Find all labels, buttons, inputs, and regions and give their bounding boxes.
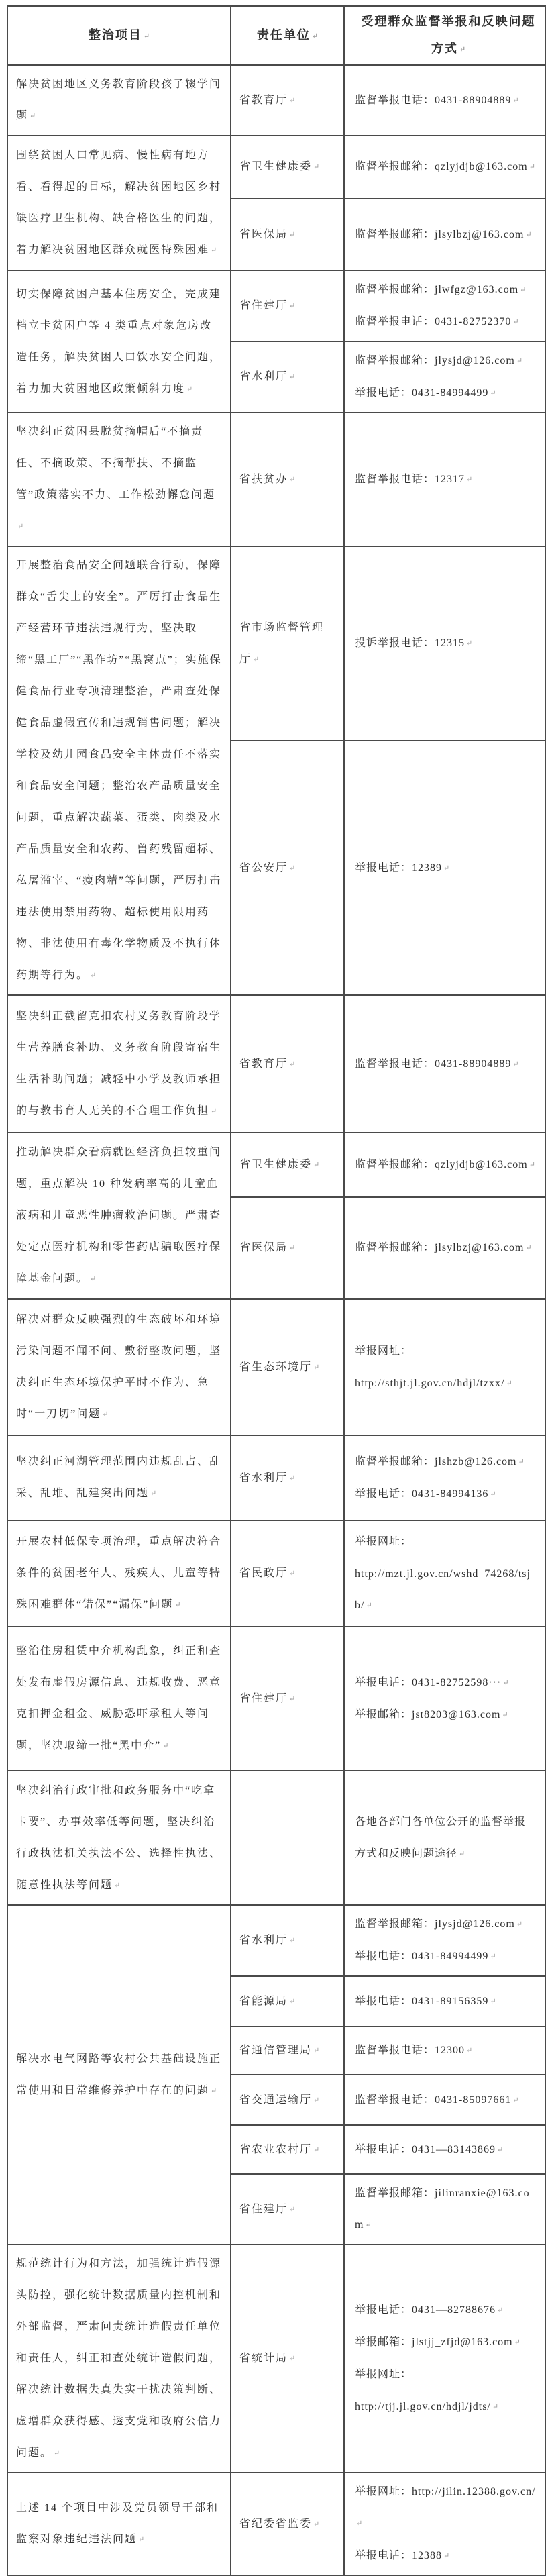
contact-line: 举报电话：0431-84994499	[355, 377, 537, 409]
contact-cell: 举报电话：0431-82752598···举报邮箱：jst8203@163.co…	[344, 1627, 545, 1771]
contact-line: 举报电话：0431-84994136	[355, 1478, 537, 1510]
unit-cell: 省市场监督管理厅	[231, 546, 344, 741]
document-page: 整治项目 责任单位 受理群众监督举报和反映问题方式 解决贫困地区义务教育阶段孩子…	[0, 5, 550, 2576]
unit-name: 省水利厅	[239, 1924, 335, 1957]
unit-cell: 省扶贫办	[231, 413, 344, 546]
project-text: 解决贫困地区义务教育阶段孩子辍学问题	[16, 68, 222, 132]
unit-cell: 省能源局	[231, 1976, 344, 2026]
unit-name: 省通信管理局	[239, 2034, 335, 2067]
project-cell: 围绕贫困人口常见病、慢性病有地方看、看得起的目标，解决贫困地区乡村缺医疗卫生机构…	[7, 136, 231, 270]
unit-cell: 省教育厅	[231, 65, 344, 136]
project-text: 坚决纠正贫困县脱贫摘帽后“不摘责任、不摘政策、不摘帮扶、不摘监管”政策落实不力、…	[16, 416, 222, 543]
contact-line: 监督举报邮箱：jlsylbzj@163.com	[355, 219, 537, 251]
project-text: 解决对群众反映强烈的生态破坏和环境污染问题不闻不问、敷衍整改问题，坚决纠正生态环…	[16, 1304, 222, 1431]
contact-cell: 监督举报邮箱：qzlyjdjb@163.com	[344, 136, 545, 199]
contact-line: 监督举报电话：0431-82752370	[355, 306, 537, 338]
contact-line: 举报邮箱：jlstjj_zfjd@163.com	[355, 2326, 537, 2359]
table-row: 解决对群众反映强烈的生态破坏和环境污染问题不闻不问、敷衍整改问题，坚决纠正生态环…	[7, 1299, 545, 1435]
unit-name: 省水利厅	[239, 361, 335, 393]
contact-cell: 监督举报邮箱：jlwfgz@163.com监督举报电话：0431-8275237…	[344, 270, 545, 342]
contact-line: 监督举报电话：0431-88904889	[355, 85, 537, 117]
project-cell: 坚决纠正截留克扣农村义务教育阶段学生营养膳食补助、义务教育阶段寄宿生生活补助问题…	[7, 995, 231, 1133]
unit-cell: 省教育厅	[231, 995, 344, 1133]
unit-name: 省医保局	[239, 219, 335, 251]
contact-line: 监督举报邮箱：jlysjd@126.com	[355, 1908, 537, 1941]
unit-name: 省民政厅	[239, 1557, 335, 1590]
contact-line: 监督举报邮箱：qzlyjdjb@163.com	[355, 1149, 537, 1181]
contact-line: 举报电话：12388	[355, 2540, 537, 2572]
contact-line: 举报网址：	[355, 1526, 537, 1558]
contact-line: http://mzt.jl.gov.cn/wshd_74268/tsjb/	[355, 1558, 537, 1622]
unit-cell: 省水利厅	[231, 342, 344, 413]
unit-cell: 省医保局	[231, 1197, 344, 1299]
table-row: 规范统计行为和方法，加强统计造假源头防控，强化统计数据质量内控机制和外部监督，严…	[7, 2245, 545, 2473]
contact-cell: 监督举报邮箱：jlsylbzj@163.com	[344, 1197, 545, 1299]
contact-line: 监督举报电话：12317	[355, 464, 537, 496]
header-unit-label: 责任单位	[257, 28, 318, 42]
table-row: 解决贫困地区义务教育阶段孩子辍学问题省教育厅监督举报电话：0431-889048…	[7, 65, 545, 136]
unit-name: 省公安厅	[239, 852, 335, 884]
unit-cell: 省统计局	[231, 2245, 344, 2473]
table-row: 切实保障贫困户基本住房安全，完成建档立卡贫困户等 4 类重点对象危房改造任务，解…	[7, 270, 545, 342]
contact-line: 举报邮箱：jst8203@163.com	[355, 1699, 537, 1731]
contact-cell: 举报网址：http://sthjt.jl.gov.cn/hdjl/tzxx/	[344, 1299, 545, 1435]
contact-line: 举报电话：0431-89156359	[355, 1986, 537, 2018]
contact-cell: 各地各部门各单位公开的监督举报方式和反映问题途径	[344, 1771, 545, 1905]
contact-line: 监督举报邮箱：jlwfgz@163.com	[355, 274, 537, 306]
unit-cell: 省水利厅	[231, 1435, 344, 1521]
project-cell: 推动解决群众看病就医经济负担较重问题，重点解决 10 种发病率高的儿童血液病和儿…	[7, 1133, 231, 1299]
table-row: 上述 14 个项目中涉及党员领导干部和监察对象违纪违法问题省纪委省监委举报网址：…	[7, 2473, 545, 2575]
unit-cell: 省住建厅	[231, 270, 344, 342]
unit-name: 省教育厅	[239, 85, 335, 117]
contact-cell: 监督举报电话：0431-88904889	[344, 65, 545, 136]
project-cell: 坚决纠正贫困县脱贫摘帽后“不摘责任、不摘政策、不摘帮扶、不摘监管”政策落实不力、…	[7, 413, 231, 546]
contact-cell: 监督举报电话：0431-85097661	[344, 2075, 545, 2125]
project-text: 切实保障贫困户基本住房安全，完成建档立卡贫困户等 4 类重点对象危房改造任务，解…	[16, 278, 222, 405]
header-unit: 责任单位	[231, 6, 344, 65]
contact-line: 监督举报邮箱：jlsylbzj@163.com	[355, 1232, 537, 1264]
contact-cell: 投诉举报电话：12315	[344, 546, 545, 741]
project-cell: 解决水电气网路等农村公共基础设施正常使用和日常维修养护中存在的问题	[7, 1905, 231, 2245]
unit-cell: 省生态环境厅	[231, 1299, 344, 1435]
project-text: 坚决纠正截留克扣农村义务教育阶段学生营养膳食补助、义务教育阶段寄宿生生活补助问题…	[16, 1000, 222, 1127]
contact-line: 举报电话：12389	[355, 852, 537, 884]
table-row: 坚决纠正河湖管理范围内违规乱占、乱采、乱堆、乱建突出问题省水利厅监督举报邮箱：j…	[7, 1435, 545, 1521]
contact-line: 监督举报电话：12300	[355, 2034, 537, 2067]
header-contact: 受理群众监督举报和反映问题方式	[344, 6, 545, 65]
project-text: 规范统计行为和方法，加强统计造假源头防控，强化统计数据质量内控机制和外部监督，严…	[16, 2248, 222, 2469]
project-cell: 坚决纠正河湖管理范围内违规乱占、乱采、乱堆、乱建突出问题	[7, 1435, 231, 1521]
unit-name: 省住建厅	[239, 2194, 335, 2226]
unit-cell: 省水利厅	[231, 1905, 344, 1976]
unit-name: 省农业农村厅	[239, 2134, 335, 2166]
project-cell: 整治住房租赁中介机构乱象，纠正和查处发布虚假房源信息、违规收费、恶意克扣押金租金…	[7, 1627, 231, 1771]
unit-name: 省交通运输厅	[239, 2084, 335, 2116]
contact-cell: 监督举报邮箱：qzlyjdjb@163.com	[344, 1133, 545, 1197]
unit-name: 省卫生健康委	[239, 1149, 335, 1181]
unit-name: 省扶贫办	[239, 464, 335, 496]
unit-cell: 省医保局	[231, 199, 344, 270]
contact-line: 监督举报邮箱：jlysjd@126.com	[355, 345, 537, 377]
contact-cell: 举报电话：12389	[344, 741, 545, 995]
contact-line: 投诉举报电话：12315	[355, 627, 537, 660]
contact-line: 监督举报邮箱：qzlyjdjb@163.com	[355, 151, 537, 183]
project-text: 坚决纠正河湖管理范围内违规乱占、乱采、乱堆、乱建突出问题	[16, 1446, 222, 1510]
table-row: 解决水电气网路等农村公共基础设施正常使用和日常维修养护中存在的问题省水利厅监督举…	[7, 1905, 545, 1976]
contact-line: http://sthjt.jl.gov.cn/hdjl/tzxx/	[355, 1368, 537, 1400]
contact-cell: 监督举报电话：12317	[344, 413, 545, 546]
contact-line: 举报网址：http://jilin.12388.gov.cn/	[355, 2476, 537, 2540]
table-header-row: 整治项目 责任单位 受理群众监督举报和反映问题方式	[7, 6, 545, 65]
project-cell: 开展整治食品安全问题联合行动，保障群众“舌尖上的安全”。严厉打击食品生产经营环节…	[7, 546, 231, 995]
project-cell: 切实保障贫困户基本住房安全，完成建档立卡贫困户等 4 类重点对象危房改造任务，解…	[7, 270, 231, 413]
project-text: 开展农村低保专项治理，重点解决符合条件的贫困老年人、残疾人、儿童等特殊困难群体“…	[16, 1526, 222, 1621]
contact-cell: 监督举报邮箱：jlysjd@126.com举报电话：0431-84994499	[344, 342, 545, 413]
unit-name: 省市场监督管理厅	[239, 612, 335, 676]
contact-cell: 举报网址：http://mzt.jl.gov.cn/wshd_74268/tsj…	[344, 1521, 545, 1627]
unit-cell: 省住建厅	[231, 2174, 344, 2245]
contact-line: 举报网址：	[355, 2359, 537, 2391]
contact-cell: 举报网址：http://jilin.12388.gov.cn/举报电话：1238…	[344, 2473, 545, 2575]
unit-name: 省住建厅	[239, 290, 335, 322]
project-cell: 坚决纠治行政审批和政务服务中“吃拿卡要”、办事效率低等问题，坚决纠治行政执法机关…	[7, 1771, 231, 1905]
contact-line: 举报电话：0431—82788676	[355, 2294, 537, 2326]
table-row: 推动解决群众看病就医经济负担较重问题，重点解决 10 种发病率高的儿童血液病和儿…	[7, 1133, 545, 1197]
project-text: 坚决纠治行政审批和政务服务中“吃拿卡要”、办事效率低等问题，坚决纠治行政执法机关…	[16, 1775, 222, 1902]
unit-name: 省统计局	[239, 2342, 335, 2375]
table-row: 坚决纠正贫困县脱贫摘帽后“不摘责任、不摘政策、不摘帮扶、不摘监管”政策落实不力、…	[7, 413, 545, 546]
contact-cell: 监督举报电话：12300	[344, 2026, 545, 2075]
contact-cell: 举报电话：0431-89156359	[344, 1976, 545, 2026]
contact-cell: 举报电话：0431—82788676举报邮箱：jlstjj_zfjd@163.c…	[344, 2245, 545, 2473]
contact-line: 举报电话：0431-82752598···	[355, 1667, 537, 1699]
contact-cell: 监督举报邮箱：jlysjd@126.com举报电话：0431-84994499	[344, 1905, 545, 1976]
unit-cell: 省公安厅	[231, 741, 344, 995]
project-text: 解决水电气网路等农村公共基础设施正常使用和日常维修养护中存在的问题	[16, 2043, 222, 2107]
contact-line: 监督举报电话：0431-88904889	[355, 1048, 537, 1080]
project-cell: 解决对群众反映强烈的生态破坏和环境污染问题不闻不问、敷衍整改问题，坚决纠正生态环…	[7, 1299, 231, 1435]
table-body: 解决贫困地区义务教育阶段孩子辍学问题省教育厅监督举报电话：0431-889048…	[7, 65, 545, 2575]
unit-cell: 省通信管理局	[231, 2026, 344, 2075]
project-text: 开展整治食品安全问题联合行动，保障群众“舌尖上的安全”。严厉打击食品生产经营环节…	[16, 550, 222, 992]
table-row: 坚决纠正截留克扣农村义务教育阶段学生营养膳食补助、义务教育阶段寄宿生生活补助问题…	[7, 995, 545, 1133]
unit-cell: 省卫生健康委	[231, 136, 344, 199]
unit-cell: 省纪委省监委	[231, 2473, 344, 2575]
project-text: 上述 14 个项目中涉及党员领导干部和监察对象违纪违法问题	[16, 2492, 222, 2556]
contact-line: 监督举报邮箱：jilinranxie@163.com	[355, 2177, 537, 2241]
unit-cell: 省农业农村厅	[231, 2125, 344, 2174]
unit-cell: 省交通运输厅	[231, 2075, 344, 2125]
contact-line: 各地各部门各单位公开的监督举报方式和反映问题途径	[355, 1806, 537, 1870]
project-text: 围绕贫困人口常见病、慢性病有地方看、看得起的目标，解决贫困地区乡村缺医疗卫生机构…	[16, 140, 222, 266]
table-row: 开展农村低保专项治理，重点解决符合条件的贫困老年人、残疾人、儿童等特殊困难群体“…	[7, 1521, 545, 1627]
contact-line: 举报电话：0431-84994499	[355, 1941, 537, 1973]
contact-line: 举报电话：0431—83143869	[355, 2134, 537, 2166]
project-cell: 规范统计行为和方法，加强统计造假源头防控，强化统计数据质量内控机制和外部监督，严…	[7, 2245, 231, 2473]
contact-cell: 监督举报邮箱：jlsylbzj@163.com	[344, 199, 545, 270]
project-text: 整治住房租赁中介机构乱象，纠正和查处发布虚假房源信息、违规收费、恶意克扣押金租金…	[16, 1635, 222, 1762]
contact-cell: 举报电话：0431—83143869	[344, 2125, 545, 2174]
unit-name: 省教育厅	[239, 1048, 335, 1080]
header-project: 整治项目	[7, 6, 231, 65]
project-text: 推动解决群众看病就医经济负担较重问题，重点解决 10 种发病率高的儿童血液病和儿…	[16, 1137, 222, 1295]
header-contact-label: 受理群众监督举报和反映问题方式	[362, 15, 536, 55]
rectification-projects-table: 整治项目 责任单位 受理群众监督举报和反映问题方式 解决贫困地区义务教育阶段孩子…	[7, 5, 546, 2576]
contact-line: http://tjj.jl.gov.cn/hdjl/jdts/	[355, 2391, 537, 2423]
unit-name: 省卫生健康委	[239, 151, 335, 183]
contact-line: 举报网址：	[355, 1335, 537, 1368]
unit-cell: 省卫生健康委	[231, 1133, 344, 1197]
unit-cell: 省住建厅	[231, 1627, 344, 1771]
unit-name: 省纪委省监委	[239, 2508, 335, 2540]
contact-cell: 监督举报邮箱：jlshzb@126.com举报电话：0431-84994136	[344, 1435, 545, 1521]
project-cell: 开展农村低保专项治理，重点解决符合条件的贫困老年人、残疾人、儿童等特殊困难群体“…	[7, 1521, 231, 1627]
contact-line: 监督举报邮箱：jlshzb@126.com	[355, 1446, 537, 1478]
unit-name: 省生态环境厅	[239, 1351, 335, 1384]
unit-name: 省住建厅	[239, 1683, 335, 1715]
table-row: 坚决纠治行政审批和政务服务中“吃拿卡要”、办事效率低等问题，坚决纠治行政执法机关…	[7, 1771, 545, 1905]
contact-cell: 监督举报邮箱：jilinranxie@163.com	[344, 2174, 545, 2245]
contact-cell: 监督举报电话：0431-88904889	[344, 995, 545, 1133]
unit-cell: 省民政厅	[231, 1521, 344, 1627]
unit-cell	[231, 1771, 344, 1905]
contact-line: 监督举报电话：0431-85097661	[355, 2084, 537, 2116]
unit-name: 省水利厅	[239, 1462, 335, 1494]
project-cell: 上述 14 个项目中涉及党员领导干部和监察对象违纪违法问题	[7, 2473, 231, 2575]
table-row: 围绕贫困人口常见病、慢性病有地方看、看得起的目标，解决贫困地区乡村缺医疗卫生机构…	[7, 136, 545, 199]
table-row: 开展整治食品安全问题联合行动，保障群众“舌尖上的安全”。严厉打击食品生产经营环节…	[7, 546, 545, 741]
header-project-label: 整治项目	[89, 28, 150, 42]
unit-name: 省医保局	[239, 1232, 335, 1264]
unit-name: 省能源局	[239, 1986, 335, 2018]
table-row: 整治住房租赁中介机构乱象，纠正和查处发布虚假房源信息、违规收费、恶意克扣押金租金…	[7, 1627, 545, 1771]
project-cell: 解决贫困地区义务教育阶段孩子辍学问题	[7, 65, 231, 136]
